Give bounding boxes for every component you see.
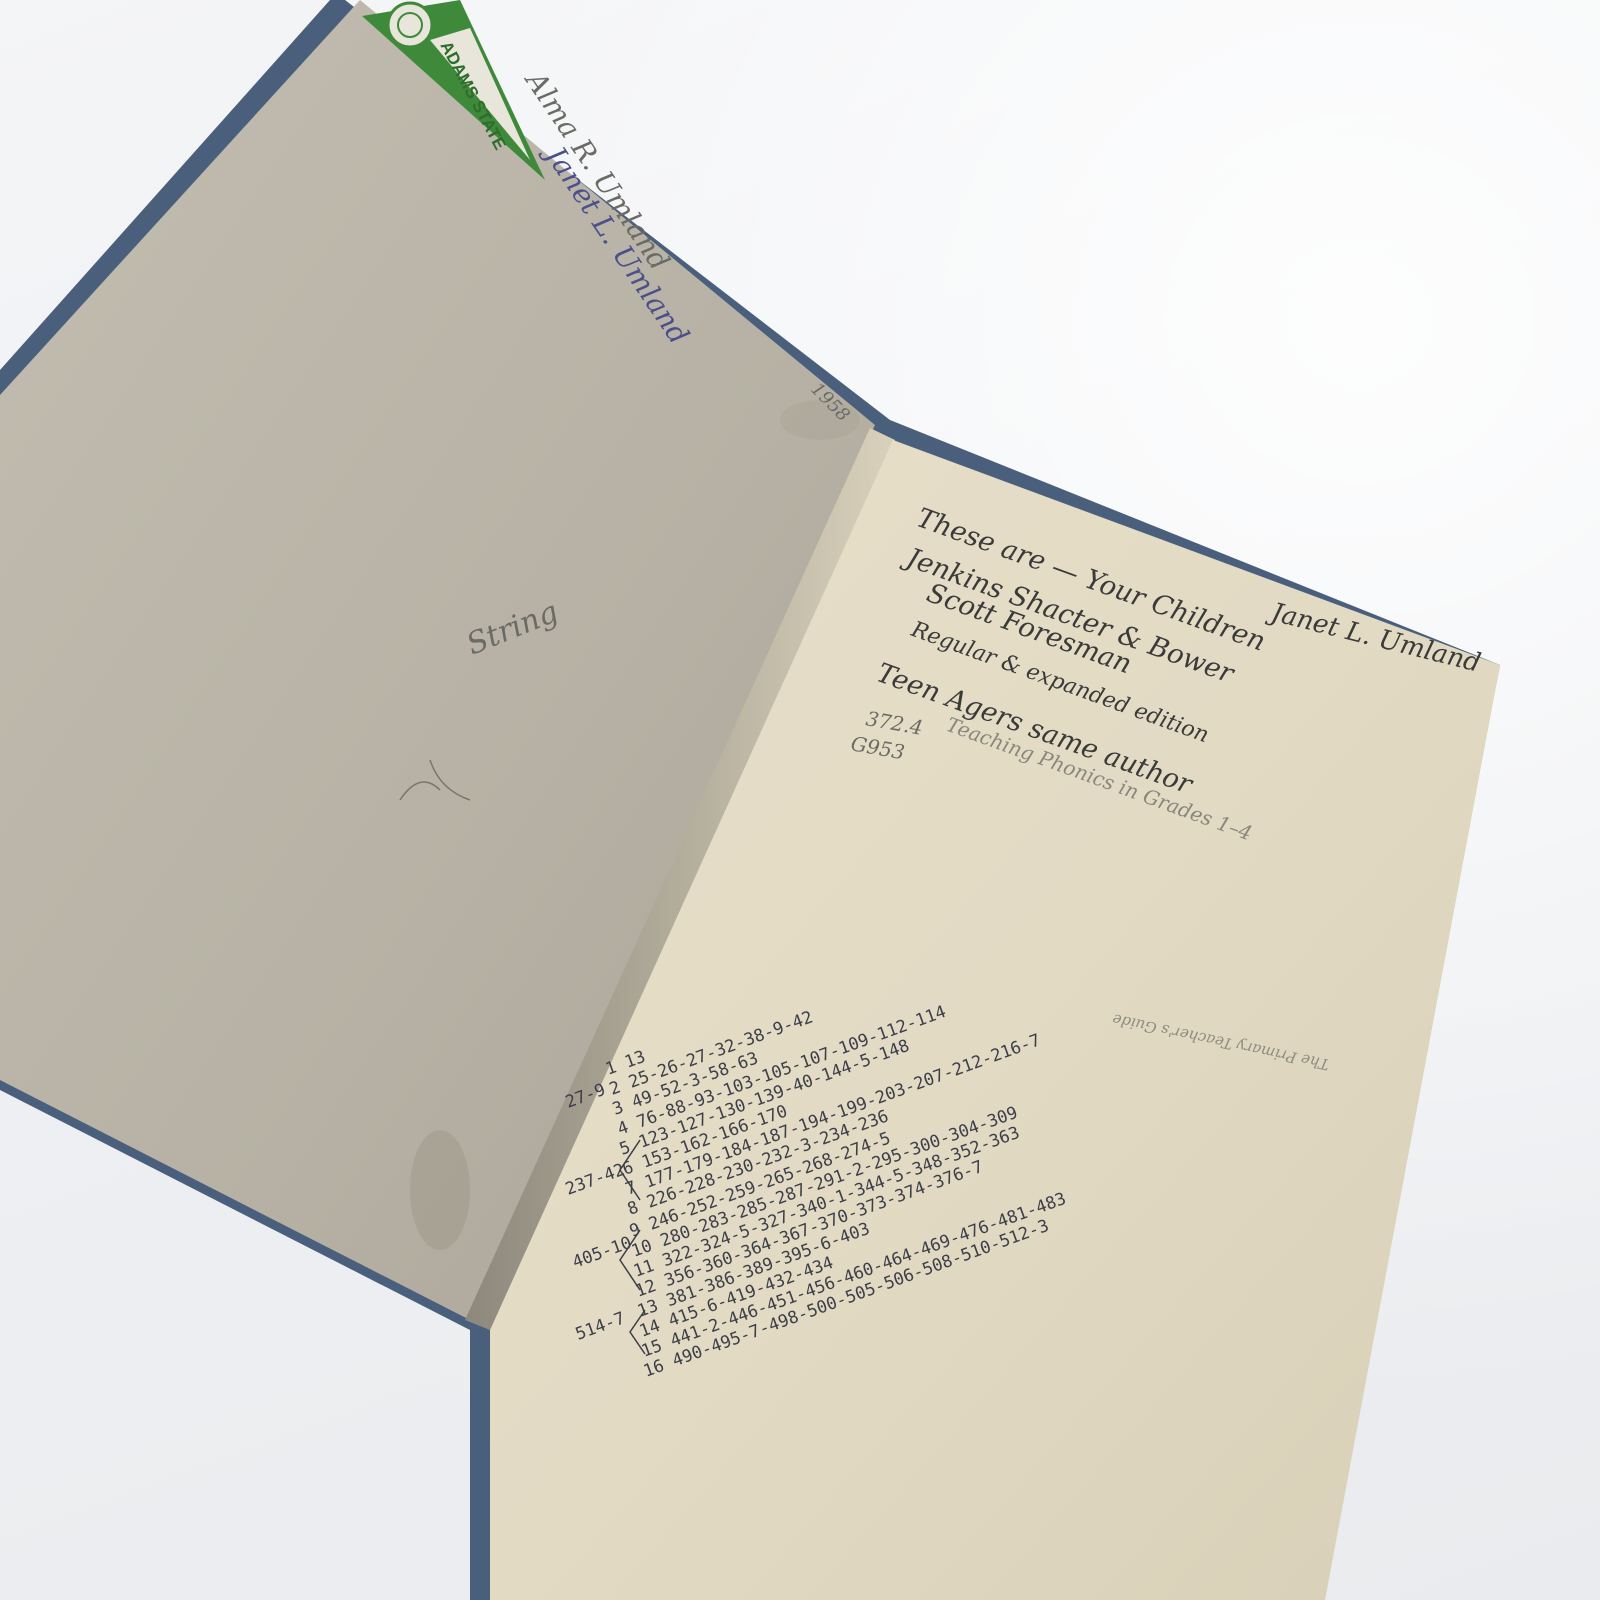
book-photo: ADAMS STATE Alma R. Umland Janet L. Umla… xyxy=(0,0,1600,1600)
college-seal-icon xyxy=(388,3,432,47)
stain xyxy=(410,1130,470,1250)
